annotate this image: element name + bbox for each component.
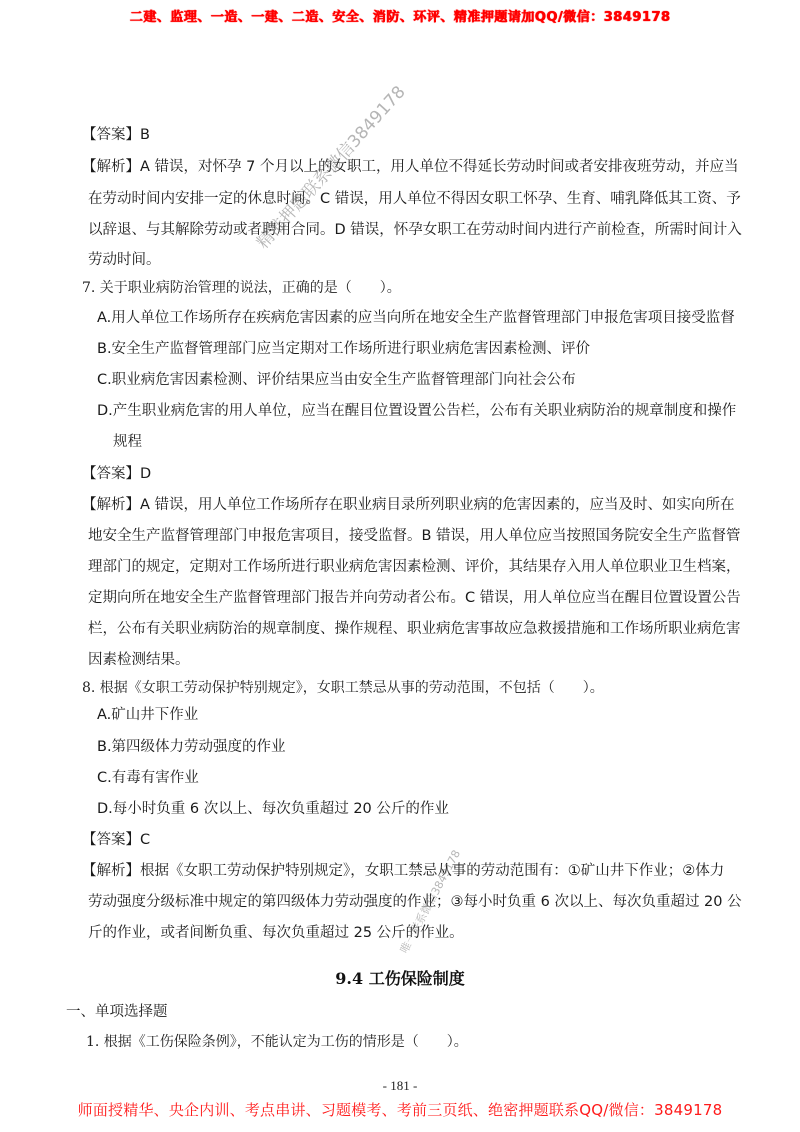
q8-option-b: B.第四级体力劳动强度的作业 [97,737,286,757]
q7-option-d: D.产生职业病危害的用人单位，应当在醒目位置设置公告栏，公布有关职业病防治的规章… [97,401,736,421]
section-title: 9.4 工伤保险制度 [0,966,800,989]
q7-analysis-line: 定期向所在地安全生产监督管理部门报告并向劳动者公布。C 错误，用人单位应当在醒目… [88,588,741,608]
q7-option-c: C.职业病危害因素检测、评价结果应当由安全生产监督管理部门向社会公布 [97,370,576,390]
q6-analysis-line: 【解析】A 错误，对怀孕 7 个月以上的女职工，用人单位不得延长劳动时间或者安排… [82,157,738,177]
footer-ad-banner: 师面授精华、央企内训、考点串讲、习题模考、考前三页纸、绝密押题联系QQ/微信：3… [0,1099,800,1120]
q7-answer: 【答案】D [82,464,151,484]
document-page: 二建、监理、一造、一建、二造、安全、消防、环评、精准押题请加QQ/微信：3849… [0,0,800,1132]
q8-answer: 【答案】C [82,830,150,850]
q1-question: 1. 根据《工伤保险条例》，不能认定为工伤的情形是（ ）。 [86,1032,468,1052]
q7-analysis-line: 理部门的规定，定期对工作场所进行职业病危害因素检测、评价，其结果存入用人单位职业… [88,557,741,577]
q8-option-d: D.每小时负重 6 次以上、每次负重超过 20 公斤的作业 [97,799,449,819]
q8-analysis-line: 【解析】根据《女职工劳动保护特别规定》，女职工禁忌从事的劳动范围有：①矿山井下作… [82,861,724,881]
q7-option-b: B.安全生产监督管理部门应当定期对工作场所进行职业病危害因素检测、评价 [97,339,590,359]
q8-question: 8. 根据《女职工劳动保护特别规定》，女职工禁忌从事的劳动范围，不包括（ ）。 [82,678,604,698]
q7-option-d-continued: 规程 [113,432,142,452]
q6-analysis-line: 以辞退、与其解除劳动或者聘用合同。D 错误，怀孕女职工在劳动时间内进行产前检查，… [88,220,742,240]
q7-analysis-line: 地安全生产监督管理部门申报危害项目，接受监督。B 错误，用人单位应当按照国务院安… [88,526,741,546]
q8-option-a: A.矿山井下作业 [97,705,198,725]
q6-analysis-line: 劳动时间。 [88,250,161,270]
q6-answer: 【答案】B [82,125,150,145]
header-ad-banner: 二建、监理、一造、一建、二造、安全、消防、环评、精准押题请加QQ/微信：3849… [0,0,800,30]
subsection-heading: 一、单项选择题 [66,1002,168,1022]
q7-analysis-line: 栏，公布有关职业病防治的规章制度、操作规程、职业病危害事故应急救援措施和工作场所… [88,619,741,639]
q7-option-a: A.用人单位工作场所存在疾病危害因素的应当向所在地安全生产监督管理部门申报危害项… [97,308,735,328]
q7-analysis-line: 【解析】A 错误，用人单位工作场所存在职业病目录所列职业病的危害因素的，应当及时… [82,495,735,515]
q8-analysis-line: 劳动强度分级标准中规定的第四级体力劳动强度的作业；③每小时负重 6 次以上、每次… [88,892,742,912]
q7-analysis-line: 因素检测结果。 [88,650,190,670]
q8-option-c: C.有毒有害作业 [97,768,199,788]
q7-question: 7. 关于职业病防治管理的说法，正确的是（ ）。 [82,278,401,298]
q6-analysis-line: 在劳动时间内安排一定的休息时间。C 错误，用人单位不得因女职工怀孕、生育、哺乳降… [88,189,741,209]
page-number: - 181 - [0,1078,800,1094]
